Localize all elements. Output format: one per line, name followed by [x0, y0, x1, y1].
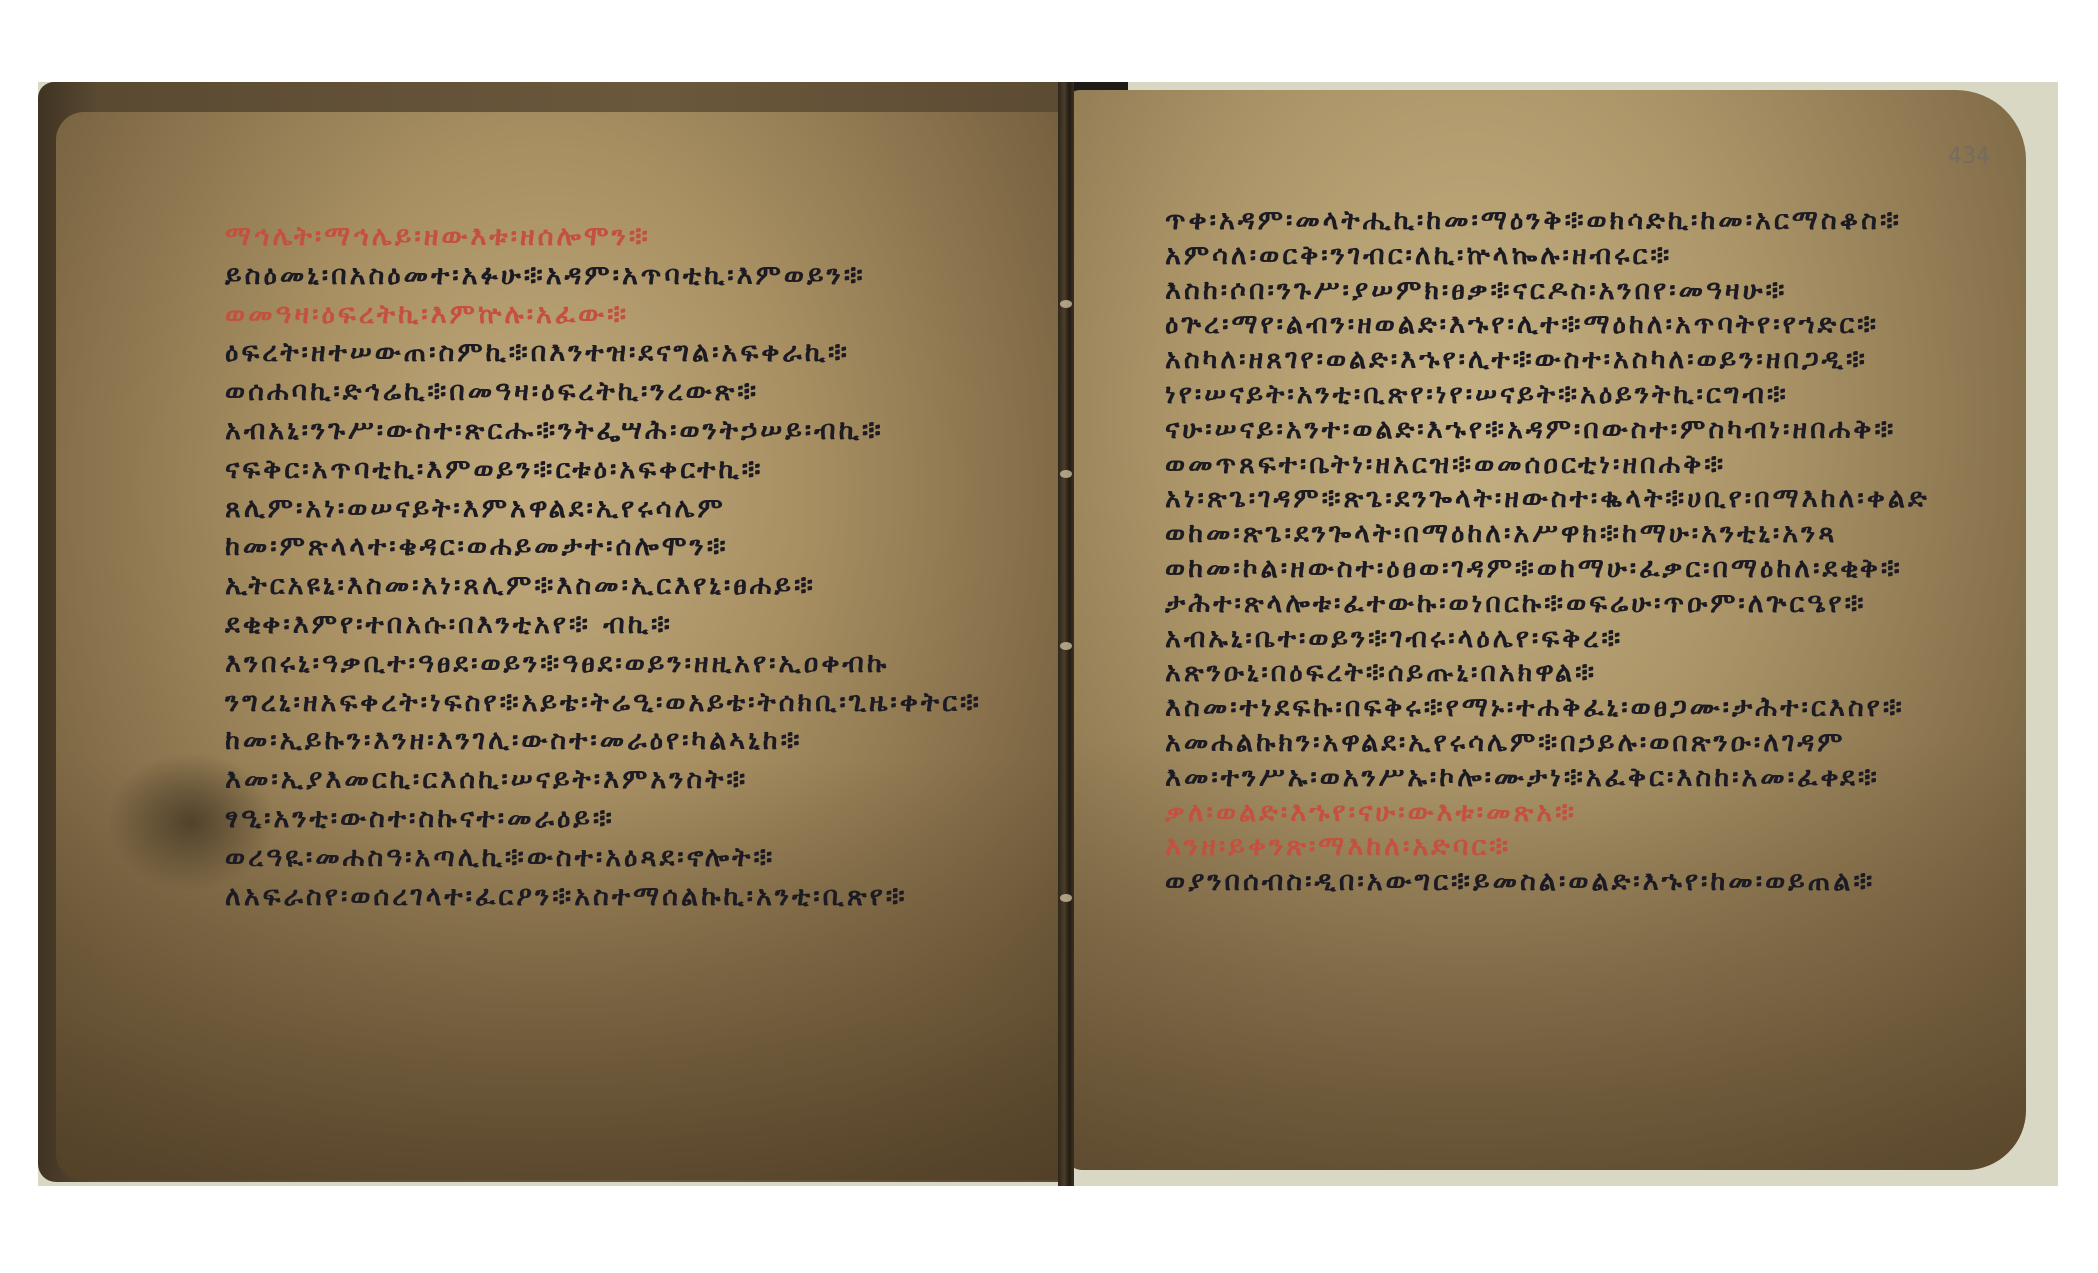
binding-stitch — [1060, 470, 1072, 478]
text-line: እስከ፡ሶበ፡ንጉሥ፡ያሠምክ፡ፀቃ፨ናርዶስ፡አንበየ፡መዓዛሁ፨ — [1165, 276, 1788, 306]
binding-stitch — [1060, 642, 1072, 650]
rubric-line: እንዘ፡ይቀንጽ፡ማእከለ፡አድባር፨ — [1165, 832, 1511, 862]
text-line: ለአፍራስየ፡ወሰረገላተ፡ፈርዖን፨አስተማሰልኩኪ፡አንቲ፡ቢጽየ፨ — [225, 882, 908, 912]
text-line: ወከመ፡ኮል፡ዘውስተ፡ዕፀወ፡ገዳም፨ወከማሁ፡ፈቃር፡በማዕከለ፡ደቂቅ፨ — [1165, 554, 1903, 584]
text-line: አነ፡ጽጌ፡ገዳም፨ጽጌ፡ደንጐላት፡ዘውስተ፡ቈላት፨ሀቢየ፡በማእከለ፡ቀል… — [1165, 484, 1930, 514]
text-line: እንበሩኒ፡ዓቃቢተ፡ዓፀደ፡ወይን፨ዓፀደ፡ወይን፡ዘዚአየ፡ኢዐቀብኩ — [225, 649, 889, 679]
text-line: ፃዒ፡አንቲ፡ውስተ፡ስኩናተ፡መራዕይ፨ — [225, 804, 615, 834]
text-line: ወመጥጸፍተ፡ቤትነ፡ዘአርዝ፨ወመሰዐርቲነ፡ዘበሐቅ፨ — [1165, 450, 1726, 480]
text-line: እመ፡ተንሥኡ፡ወአንሥኡ፡ኮሎ፡ሙታነ፨አፈቅር፡እስከ፡አመ፡ፈቀደ፨ — [1165, 763, 1880, 793]
text-line: ዕጕረ፡ማየ፡ልብን፡ዘወልድ፡እኁየ፡ሊተ፨ማዕከለ፡አጥባትየ፡የኀድር፨ — [1165, 310, 1879, 340]
text-line: ጥቀ፡አዳም፡መላትሒኪ፡ከመ፡ማዕንቅ፨ወክሳድኪ፡ከመ፡አርማስቆስ፨ — [1165, 206, 1902, 236]
text-line: አብአኒ፡ንጉሥ፡ውስተ፡ጽርሑ፨ንትፌሣሕ፡ወንትኃሠይ፡ብኪ፨ — [225, 416, 884, 446]
text-line: አመሐልኩክን፡አዋልደ፡ኢየሩሳሌም፨በኃይሉ፡ወበጽንዑ፡ለገዳም — [1165, 728, 1845, 758]
text-line: አምሳለ፡ወርቅ፡ንገብር፡ለኪ፡ኵላኰሉ፡ዘብሩር፨ — [1165, 241, 1672, 271]
text-line: ታሕተ፡ጽላሎቱ፡ፈተውኩ፡ወነበርኩ፨ወፍሬሁ፡ጥዑም፡ለጕርዔየ፨ — [1165, 589, 1867, 619]
text-line: እስመ፡ተነደፍኩ፡በፍቅሩ፨የማኑ፡ተሐቅፈኒ፡ወፀጋሙ፡ታሕተ፡ርእስየ፨ — [1165, 693, 1905, 723]
text-line: ጸሊም፡አነ፡ወሠናይት፡እምአዋልደ፡ኢየሩሳሌም — [225, 494, 726, 524]
text-line: አብኡኒ፡ቤተ፡ወይን፨ገብሩ፡ላዕሌየ፡ፍቅረ፨ — [1165, 624, 1623, 654]
rubric-line: ወመዓዛ፡ዕፍረትኪ፡እምኵሉ፡አፈው፨ — [225, 300, 629, 330]
text-line: ዕፍረት፡ዘተሠውጠ፡ስምኪ፨በእንተዝ፡ደናግል፡አፍቀራኪ፨ — [225, 338, 850, 368]
text-line: ከመ፡ኢይኩን፡እንዘ፡እንገሊ፡ውስተ፡መራዕየ፡ካልኣኒከ፨ — [225, 726, 803, 756]
text-line: አስካለ፡ዘጸገየ፡ወልድ፡እኁየ፡ሊተ፨ውስተ፡አስካለ፡ወይን፡ዘበጋዲ፨ — [1165, 345, 1868, 375]
text-line: ናፍቅር፡አጥባቲኪ፡እምወይን፨ርቱዕ፡አፍቀርተኪ፨ — [225, 455, 764, 485]
binding-stitch — [1060, 894, 1072, 902]
binding-stitch — [1060, 300, 1072, 308]
text-line: ከመ፡ምጽላላተ፡ቄዳር፡ወሐይመታተ፡ሰሎሞን፨ — [225, 532, 729, 562]
text-line: ወረዓዪ፡መሐስዓ፡አጣሊኪ፨ውስተ፡አዕጻደ፡ኖሎት፨ — [225, 843, 775, 873]
text-line: ናሁ፡ሠናይ፡አንተ፡ወልድ፡እኁየ፨አዳም፡በውስተ፡ምስካብነ፡ዘበሐቅ፨ — [1165, 415, 1896, 445]
text-line: ወከመ፡ጽጌ፡ደንጐላት፡በማዕከለ፡አሥዋክ፨ከማሁ፡አንቲኒ፡አንጻ — [1165, 519, 1837, 549]
rubric-line: ቃለ፡ወልድ፡እኁየ፡ናሁ፡ውእቱ፡መጽአ፨ — [1165, 798, 1577, 828]
text-line: ወሰሐባኪ፡ድኅሬኪ፨በመዓዛ፡ዕፍረትኪ፡ንረውጽ፨ — [225, 377, 759, 407]
rubric-line: ማኅሌት፡ማኅሌይ፡ዘውእቱ፡ዘሰሎሞን፨ — [225, 222, 651, 252]
text-line: እመ፡ኢያእመርኪ፡ርእሰኪ፡ሠናይት፡እምአንስት፨ — [225, 765, 748, 795]
text-line: ነየ፡ሠናይት፡አንቲ፡ቢጽየ፡ነየ፡ሠናይት፨አዕይንትኪ፡ርግብ፨ — [1165, 380, 1789, 410]
text-line: ደቂቀ፡እምየ፡ተበአሱ፡በእንቲአየ፨ ብኪ፨ — [225, 610, 673, 640]
manuscript-photo: 434 ማኅሌት፡ማኅሌይ፡ዘውእቱ፡ዘሰሎሞን፨ይስዕመኒ፡በአስዕመተ፡አፉ… — [38, 82, 2058, 1186]
folio-number: 434 — [1948, 144, 1990, 169]
text-line: አጽንዑኒ፡በዕፍረት፨ሰይጡኒ፡በአክዋል፨ — [1165, 658, 1597, 688]
book-spine — [1058, 82, 1074, 1186]
text-line: ንግረኒ፡ዘአፍቀረት፡ነፍስየ፨አይቴ፡ትሬዒ፡ወአይቴ፡ትሰክቢ፡ጊዜ፡ቀት… — [225, 688, 982, 718]
text-line: ኢትርአዩኒ፡እስመ፡አነ፡ጸሊም፨እስመ፡ኢርእየኒ፡ፀሐይ፨ — [225, 571, 816, 601]
text-line: ይስዕመኒ፡በአስዕመተ፡አፉሁ፨አዳም፡አጥባቲኪ፡እምወይን፨ — [225, 261, 866, 291]
text-line: ወያንበሰብስ፡ዲበ፡አውግር፨ይመስል፡ወልድ፡እኁየ፡ከመ፡ወይጠል፨ — [1165, 867, 1875, 897]
